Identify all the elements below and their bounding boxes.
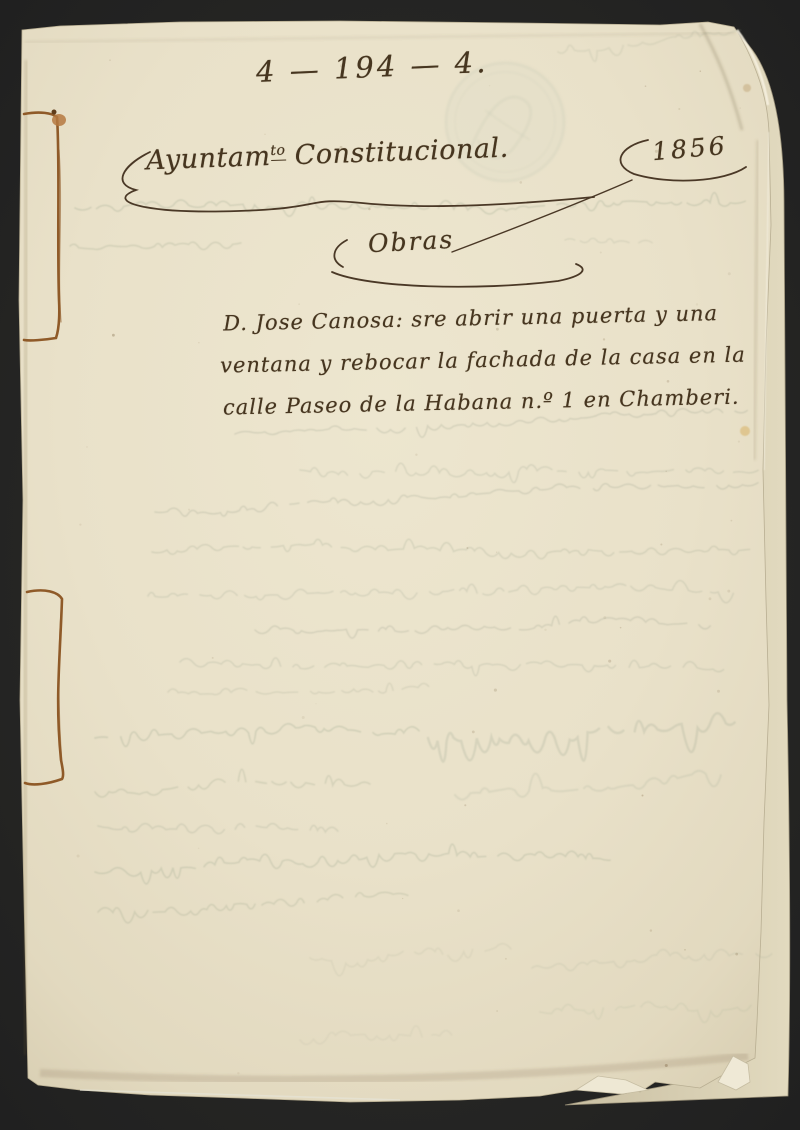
paper-sheet <box>19 21 771 1102</box>
petition-text: D. Jose Canosa: sre abrir una puerta y u… <box>223 292 747 429</box>
section-title: Obras <box>367 225 455 258</box>
manuscript-artwork <box>0 0 800 1130</box>
header-org-abbreviation: to <box>270 142 286 161</box>
header-org-main: Ayuntam <box>146 141 272 176</box>
thread-knot <box>52 114 66 126</box>
scan-background: 4 — 194 — 4. Ayuntamto Constitucional. 1… <box>0 0 800 1130</box>
